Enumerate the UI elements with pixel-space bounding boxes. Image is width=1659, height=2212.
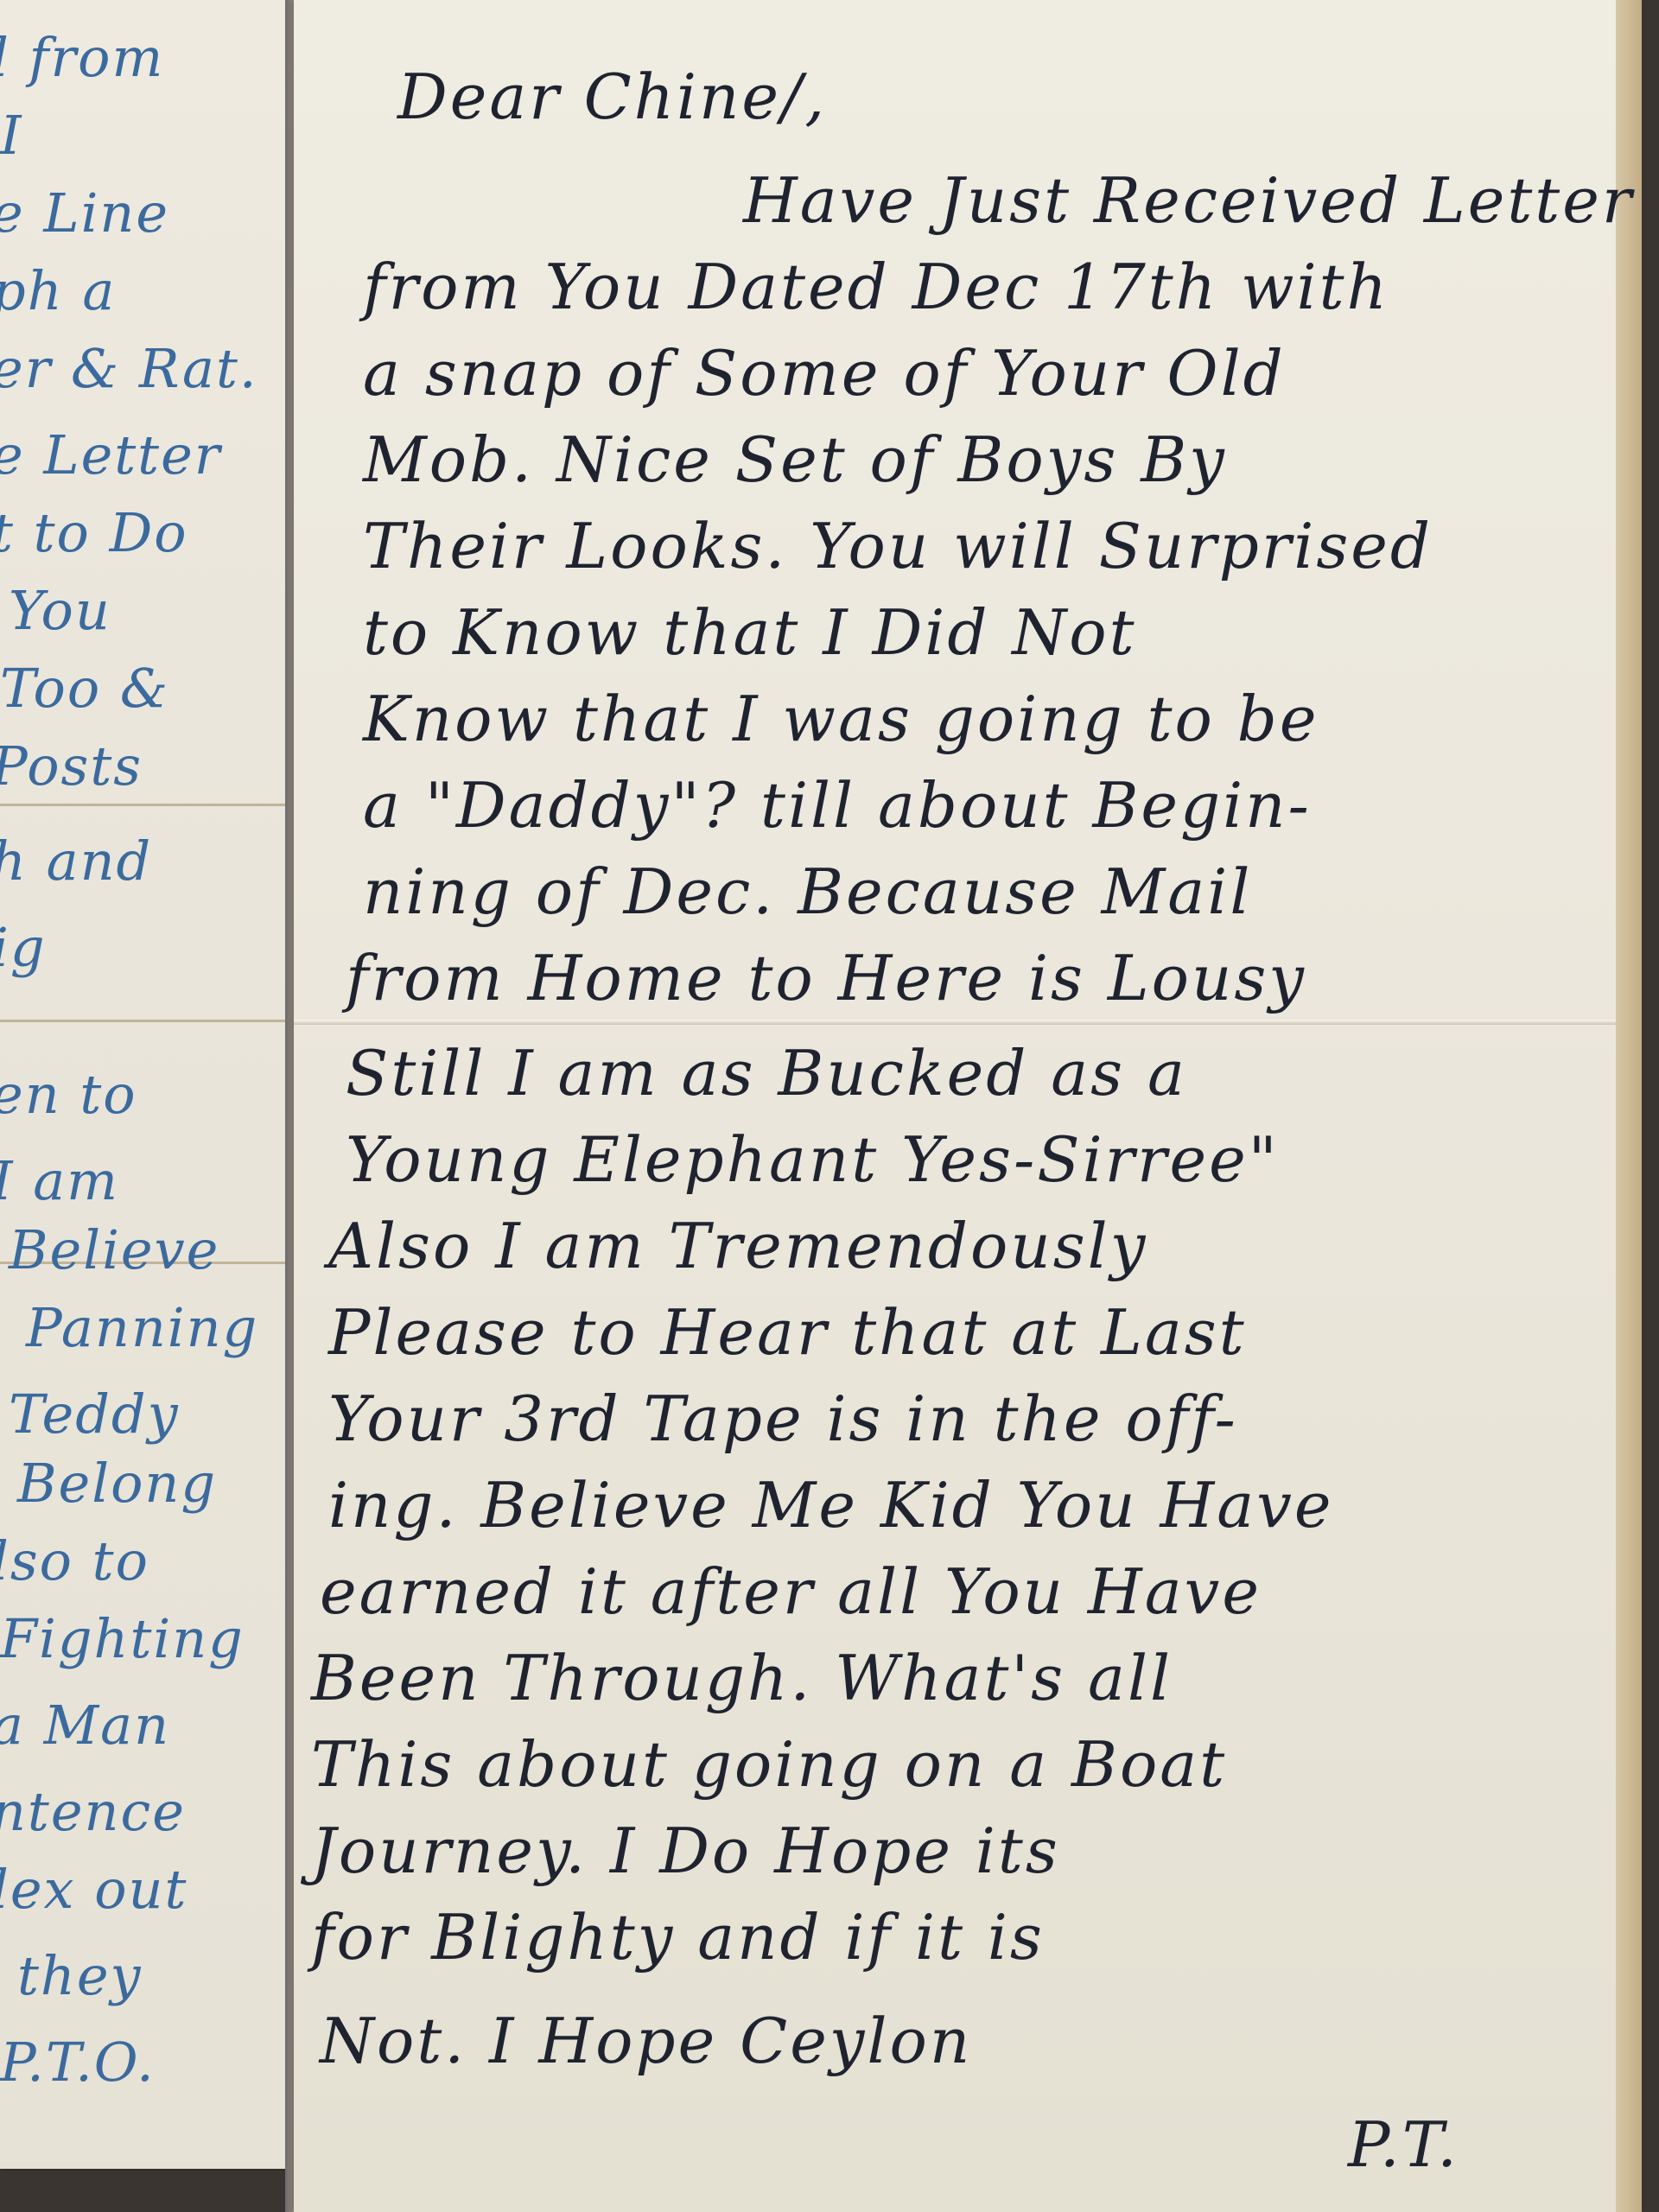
left-line: they: [17, 1944, 143, 2007]
left-line: Fighting: [0, 1607, 245, 1670]
letter-line: Young Elephant Yes-Sirree": [346, 1123, 1280, 1196]
left-line: ig: [0, 916, 47, 979]
letter-line: ning of Dec. Because Mail: [363, 855, 1252, 928]
left-letter-page: l from I e Line ph a er & Rat. e Letter …: [0, 0, 285, 2169]
letter-line: to Know that I Did Not: [363, 596, 1137, 669]
letter-line: Not. I Hope Ceylon: [320, 2005, 972, 2077]
left-line: Too &: [0, 657, 169, 720]
left-line: You: [9, 579, 111, 642]
letter-line: from Home to Here is Lousy: [346, 942, 1306, 1014]
left-line: I am: [0, 1149, 119, 1212]
letter-line: This about going on a Boat: [311, 1728, 1227, 1801]
left-line: Panning: [26, 1296, 258, 1359]
left-line: t to Do: [0, 501, 188, 564]
fold-crease: [294, 1020, 1642, 1025]
letter-line: Been Through. What's all: [311, 1642, 1173, 1714]
left-line: Posts: [0, 734, 143, 798]
main-letter-page: Dear Chine/, Have Just Received Letter f…: [294, 0, 1642, 2212]
left-line: e Line: [0, 181, 169, 245]
letter-line: ing. Believe Me Kid You Have: [328, 1469, 1334, 1541]
left-line: I: [0, 104, 23, 167]
letter-line: Have Just Received Letter: [743, 164, 1634, 237]
left-line: Believe: [9, 1218, 219, 1281]
left-line: er & Rat.: [0, 337, 258, 400]
letter-line: Know that I was going to be: [363, 683, 1319, 755]
fold-crease: [0, 804, 285, 806]
letter-line: Please to Hear that at Last: [328, 1296, 1247, 1369]
letter-line: Their Looks. You will Surprised: [363, 510, 1433, 582]
left-line: l from: [0, 26, 164, 89]
left-line: h and: [0, 829, 152, 893]
fold-crease: [0, 1020, 285, 1022]
salutation: Dear Chine/,: [397, 60, 827, 133]
left-line: ph a: [0, 259, 116, 322]
letter-line: Mob. Nice Set of Boys By: [363, 423, 1227, 496]
left-line: lso to: [0, 1529, 149, 1592]
pto-mark: P.T.: [1348, 2108, 1459, 2181]
letter-line: for Blighty and if it is: [311, 1901, 1045, 1974]
left-line: Teddy: [9, 1382, 180, 1446]
left-line: lex out: [0, 1858, 188, 1921]
letter-line: from You Dated Dec 17th with: [363, 251, 1389, 323]
left-line: P.T.O.: [0, 2031, 156, 2094]
left-line: a Man: [0, 1694, 170, 1757]
left-line: Belong: [17, 1452, 217, 1515]
left-line: ntence: [0, 1780, 186, 1843]
letter-line: Your 3rd Tape is in the off-: [328, 1382, 1238, 1455]
letter-line: a snap of Some of Your Old: [363, 337, 1286, 410]
letter-line: Also I am Tremendously: [328, 1210, 1147, 1282]
letter-line: a "Daddy"? till about Begin-: [363, 769, 1312, 842]
page-edge: [1616, 0, 1642, 2212]
left-line: e Letter: [0, 423, 221, 486]
letter-line: Journey. I Do Hope its: [311, 1815, 1060, 1887]
letter-line: Still I am as Bucked as a: [346, 1037, 1187, 1109]
left-line: en to: [0, 1063, 137, 1126]
letter-line: earned it after all You Have: [320, 1555, 1262, 1628]
